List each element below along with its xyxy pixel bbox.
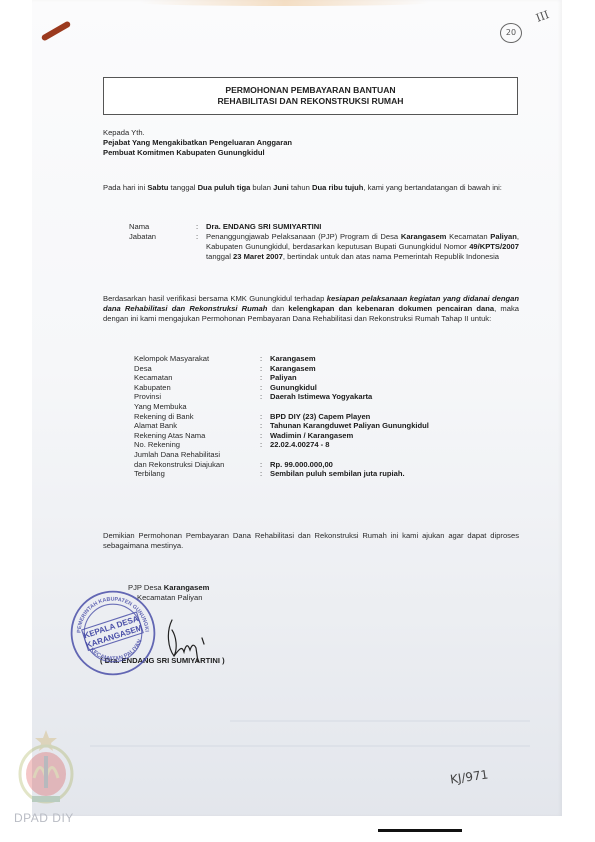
- detail-value: BPD DIY (23) Capem Playen: [270, 412, 370, 421]
- detail-value: 22.02.4.00274 - 8: [270, 440, 330, 449]
- detail-colon: :: [260, 412, 270, 422]
- detail-row: Desa:Karangasem: [134, 364, 316, 374]
- detail-colon: :: [260, 373, 270, 383]
- bleed-through-line: [230, 720, 530, 722]
- detail-label: Kecamatan: [134, 373, 260, 383]
- official-stamp: PEMERINTAH KABUPATEN GUNUNGKIDUL KECAMAT…: [68, 588, 158, 678]
- detail-colon: :: [260, 460, 270, 470]
- opening-paragraph: Pada hari ini Sabtu tanggal Dua puluh ti…: [103, 183, 519, 193]
- detail-colon: :: [260, 364, 270, 374]
- detail-label: Jumlah Dana Rehabilitasi: [134, 450, 260, 460]
- emphasis-completeness: kelengkapan dan kebenaran dokumen pencai…: [288, 304, 494, 313]
- position-colon: :: [196, 232, 198, 242]
- detail-colon: :: [260, 431, 270, 441]
- detail-row: Rekening Atas Nama:Wadimin / Karangasem: [134, 431, 353, 441]
- handwritten-signature: [158, 618, 228, 668]
- detail-label: Kelompok Masyarakat: [134, 354, 260, 364]
- page-number-circled: 20: [500, 23, 522, 43]
- watermark-label: DPAD DIY: [14, 811, 74, 825]
- detail-label: Alamat Bank: [134, 421, 260, 431]
- detail-value: Wadimin / Karangasem: [270, 431, 353, 440]
- title-line-2: REHABILITASI DAN REKONSTRUKSI RUMAH: [104, 96, 517, 107]
- detail-label: Rekening di Bank: [134, 412, 260, 422]
- detail-row: Kabupaten:Gunungkidul: [134, 383, 317, 393]
- date: Dua puluh tiga: [198, 183, 251, 192]
- document-title-box: PERMOHONAN PEMBAYARAN BANTUAN REHABILITA…: [103, 77, 518, 115]
- name-colon: :: [196, 222, 198, 232]
- detail-row: Kecamatan:Paliyan: [134, 373, 297, 383]
- detail-row: Provinsi:Daerah Istimewa Yogyakarta: [134, 392, 372, 402]
- detail-value: Rp. 99.000.000,00: [270, 460, 333, 469]
- detail-label: Provinsi: [134, 392, 260, 402]
- addressee-line-1: Pejabat Yang Mengakibatkan Pengeluaran A…: [103, 138, 292, 148]
- detail-value: Paliyan: [270, 373, 297, 382]
- detail-value: Daerah Istimewa Yogyakarta: [270, 392, 372, 401]
- addressee-line-2: Pembuat Komitmen Kabupaten Gunungkidul: [103, 148, 265, 158]
- detail-label: Kabupaten: [134, 383, 260, 393]
- detail-value: Sembilan puluh sembilan juta rupiah.: [270, 469, 405, 478]
- detail-colon: :: [260, 421, 270, 431]
- detail-colon: :: [260, 440, 270, 450]
- detail-colon: :: [260, 392, 270, 402]
- detail-label: No. Rekening: [134, 440, 260, 450]
- detail-colon: :: [260, 354, 270, 364]
- detail-row: No. Rekening:22.02.4.00274 - 8: [134, 440, 330, 450]
- detail-colon: :: [260, 469, 270, 479]
- salutation: Kepada Yth.: [103, 128, 145, 138]
- detail-row: dan Rekonstruksi Diajukan:Rp. 99.000.000…: [134, 460, 333, 470]
- detail-label: Rekening Atas Nama: [134, 431, 260, 441]
- paper-stain: [140, 0, 430, 6]
- detail-label: dan Rekonstruksi Diajukan: [134, 460, 260, 470]
- detail-row: Alamat Bank:Tahunan Karangduwet Paliyan …: [134, 421, 429, 431]
- detail-value: Karangasem: [270, 364, 316, 373]
- detail-value: Tahunan Karangduwet Paliyan Gunungkidul: [270, 421, 429, 430]
- archive-emblem-watermark: [14, 728, 78, 808]
- position-value: Penanggungjawab Pelaksanaan (PJP) Progra…: [206, 232, 519, 262]
- scanned-page: [32, 0, 562, 816]
- body-paragraph: Berdasarkan hasil verifikasi bersama KMK…: [103, 294, 519, 324]
- detail-label: Terbilang: [134, 469, 260, 479]
- day: Sabtu: [147, 183, 168, 192]
- detail-colon: :: [260, 383, 270, 393]
- title-line-1: PERMOHONAN PEMBAYARAN BANTUAN: [104, 85, 517, 96]
- year: Dua ribu tujuh: [312, 183, 363, 192]
- detail-label: Yang Membuka: [134, 402, 260, 412]
- detail-value: Karangasem: [270, 354, 316, 363]
- month: Juni: [273, 183, 289, 192]
- detail-row: Kelompok Masyarakat:Karangasem: [134, 354, 316, 364]
- detail-row: Jumlah Dana Rehabilitasi: [134, 450, 270, 460]
- detail-row: Yang Membuka: [134, 402, 270, 412]
- name-label: Nama: [129, 222, 149, 232]
- closing-paragraph: Demikian Permohonan Pembayaran Dana Reha…: [103, 531, 519, 551]
- scan-scale-bar: [378, 829, 462, 832]
- bleed-through-line: [90, 745, 530, 747]
- name-value: Dra. ENDANG SRI SUMIYARTINI: [206, 222, 321, 232]
- detail-row: Rekening di Bank:BPD DIY (23) Capem Play…: [134, 412, 370, 422]
- detail-row: Terbilang:Sembilan puluh sembilan juta r…: [134, 469, 405, 479]
- detail-value: Gunungkidul: [270, 383, 317, 392]
- detail-label: Desa: [134, 364, 260, 374]
- position-label: Jabatan: [129, 232, 156, 242]
